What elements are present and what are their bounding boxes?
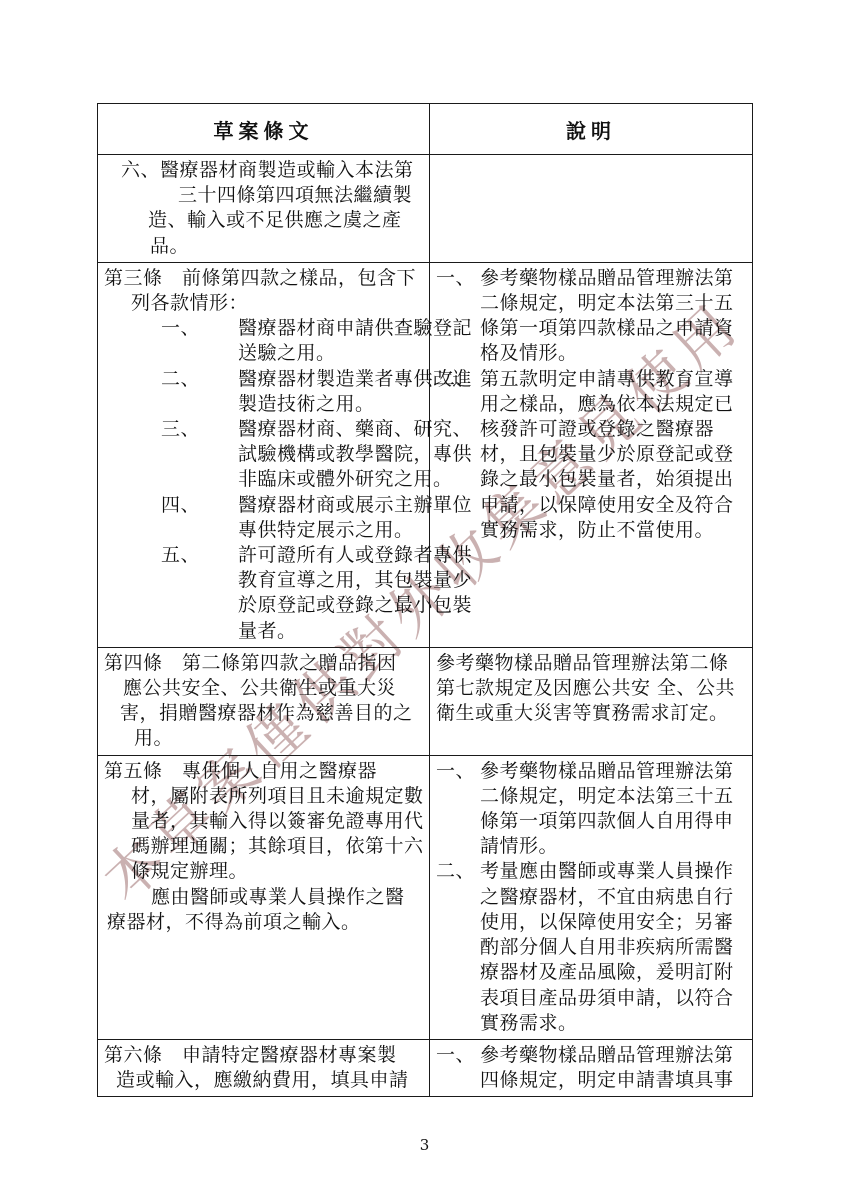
- text-line: 應由醫師或專業人員操作之醫: [104, 885, 426, 910]
- text-line: 二、醫療器材製造業者專供改進: [104, 367, 426, 392]
- text-line: 第七款規定及因應公共安 全、公共: [436, 676, 749, 701]
- text-line: 格及情形。: [436, 341, 749, 366]
- draft-cell: 第五條 專供個人自用之醫療器材，屬附表所列項目且未逾規定數量者，其輸入得以簽審免…: [98, 756, 430, 1039]
- list-item-marker: 二、: [436, 367, 480, 392]
- text-line: 二、第五款明定申請專供教育宣導: [436, 367, 749, 392]
- text-line: 表項目產品毋須申請，以符合: [436, 986, 749, 1011]
- text-line: 送驗之用。: [104, 341, 426, 366]
- explanation-cell: 一、參考藥物樣品贈品管理辦法第四條規定，明定申請書填具事: [430, 1040, 752, 1096]
- list-item-marker: 一、: [436, 1043, 480, 1068]
- text-line: 實務需求，防止不當使用。: [436, 518, 749, 543]
- text-line: 使用，以保障使用安全；另審: [436, 910, 749, 935]
- text-line: 製造技術之用。: [104, 392, 426, 417]
- text-line: 之醫療器材，不宜由病患自行: [436, 885, 749, 910]
- text-line: 第六條 申請特定醫療器材專案製: [104, 1043, 426, 1068]
- explanation-column-header: 說明: [430, 104, 752, 154]
- text-line: 碼辦理通關；其餘項目，依第十六: [104, 834, 426, 859]
- table-body: 六、醫療器材商製造或輸入本法第三十四條第四項無法繼續製造、輸入或不足供應之虞之產…: [98, 155, 752, 1096]
- text-line: 用之樣品，應為依本法規定已: [436, 392, 749, 417]
- list-item-marker: 二、: [161, 367, 238, 392]
- table-row: 第三條 前條第四款之樣品，包含下列各款情形：一、醫療器材商申請供查驗登記送驗之用…: [98, 263, 752, 648]
- text-line: 專供特定展示之用。: [104, 518, 426, 543]
- text-line: 酌部分個人自用非疾病所需醫: [436, 935, 749, 960]
- table-row: 六、醫療器材商製造或輸入本法第三十四條第四項無法繼續製造、輸入或不足供應之虞之產…: [98, 155, 752, 263]
- text-line: 三十四條第四項無法繼續製: [104, 183, 426, 208]
- text-line: 試驗機構或教學醫院，專供: [104, 442, 426, 467]
- draft-cell: 第六條 申請特定醫療器材專案製造或輸入，應繳納費用，填具申請: [98, 1040, 430, 1096]
- text-line: 用。: [104, 726, 426, 751]
- text-line: 三、醫療器材商、藥商、研究、: [104, 417, 426, 442]
- text-line: 列各款情形：: [104, 291, 426, 316]
- table-row: 第四條 第二條第四款之贈品指因應公共安全、公共衛生或重大災害，捐贈醫療器材作為慈…: [98, 648, 752, 756]
- text-line: 條規定辦理。: [104, 859, 426, 884]
- table-row: 第六條 申請特定醫療器材專案製造或輸入，應繳納費用，填具申請一、參考藥物樣品贈品…: [98, 1040, 752, 1096]
- explanation-cell: 參考藥物樣品贈品管理辦法第二條第七款規定及因應公共安 全、公共衛生或重大災害等實…: [430, 648, 752, 755]
- draft-cell: 六、醫療器材商製造或輸入本法第三十四條第四項無法繼續製造、輸入或不足供應之虞之產…: [98, 155, 430, 262]
- text-line: 於原登記或登錄之最小包裝: [104, 593, 426, 618]
- text-line: 療器材及產品風險，爰明訂附: [436, 960, 749, 985]
- text-line: 核發許可證或登錄之醫療器: [436, 417, 749, 442]
- table-row: 第五條 專供個人自用之醫療器材，屬附表所列項目且未逾規定數量者，其輸入得以簽審免…: [98, 756, 752, 1040]
- text-line: 量者，其輸入得以簽審免證專用代: [104, 809, 426, 834]
- text-line: 教育宣導之用，其包裝量少: [104, 568, 426, 593]
- list-item-marker: 五、: [161, 543, 238, 568]
- text-line: 四、醫療器材商或展示主辦單位: [104, 493, 426, 518]
- text-line: 二、考量應由醫師或專業人員操作: [436, 859, 749, 884]
- text-line: 二條規定，明定本法第三十五: [436, 291, 749, 316]
- list-item-marker: 一、: [161, 316, 238, 341]
- list-item-marker: 二、: [436, 859, 480, 884]
- text-line: 害，捐贈醫療器材作為慈善目的之: [104, 701, 426, 726]
- text-line: 衛生或重大災害等實務需求訂定。: [436, 701, 749, 726]
- text-line: 第三條 前條第四款之樣品，包含下: [104, 266, 426, 291]
- text-line: 第五條 專供個人自用之醫療器: [104, 759, 426, 784]
- explanation-cell: [430, 155, 752, 262]
- text-line: 非臨床或體外研究之用。: [104, 467, 426, 492]
- text-line: 量者。: [104, 619, 426, 644]
- explanation-cell: 一、參考藥物樣品贈品管理辦法第二條規定，明定本法第三十五條第一項第四款個人自用得…: [430, 756, 752, 1039]
- text-line: 條第一項第四款樣品之申請資: [436, 316, 749, 341]
- text-line: 六、醫療器材商製造或輸入本法第: [104, 158, 426, 183]
- text-line: 第四條 第二條第四款之贈品指因: [104, 651, 426, 676]
- list-item-marker: 一、: [436, 759, 480, 784]
- draft-cell: 第四條 第二條第四款之贈品指因應公共安全、公共衛生或重大災害，捐贈醫療器材作為慈…: [98, 648, 430, 755]
- text-line: 一、醫療器材商申請供查驗登記: [104, 316, 426, 341]
- document-page: { "watermark": { "text": "本草案僅供對外收集意見使用"…: [0, 0, 849, 1200]
- draft-comparison-table: 草案條文 說明 六、醫療器材商製造或輸入本法第三十四條第四項無法繼續製造、輸入或…: [97, 103, 753, 1097]
- text-line: 材，屬附表所列項目且未逾規定數: [104, 784, 426, 809]
- list-item-marker: 三、: [161, 417, 238, 442]
- page-number: 3: [0, 1136, 849, 1154]
- text-line: 二條規定，明定本法第三十五: [436, 784, 749, 809]
- text-line: 造或輸入，應繳納費用，填具申請: [104, 1068, 426, 1093]
- text-line: 造、輸入或不足供應之虞之產: [104, 208, 426, 233]
- table-header-row: 草案條文 說明: [98, 104, 752, 155]
- text-line: 五、許可證所有人或登錄者專供: [104, 543, 426, 568]
- draft-column-header: 草案條文: [98, 104, 430, 154]
- text-line: 參考藥物樣品贈品管理辦法第二條: [436, 651, 749, 676]
- text-line: 品。: [104, 234, 426, 259]
- draft-cell: 第三條 前條第四款之樣品，包含下列各款情形：一、醫療器材商申請供查驗登記送驗之用…: [98, 263, 430, 647]
- text-line: 申請，以保障使用安全及符合: [436, 493, 749, 518]
- text-line: 條第一項第四款個人自用得申: [436, 809, 749, 834]
- text-line: 應公共安全、公共衛生或重大災: [104, 676, 426, 701]
- text-line: 療器材，不得為前項之輸入。: [104, 910, 426, 935]
- list-item-marker: 四、: [161, 493, 238, 518]
- text-line: 一、參考藥物樣品贈品管理辦法第: [436, 759, 749, 784]
- list-item-marker: 一、: [436, 266, 480, 291]
- text-line: 錄之最小包裝量者，始須提出: [436, 467, 749, 492]
- text-line: 一、參考藥物樣品贈品管理辦法第: [436, 266, 749, 291]
- text-line: 一、參考藥物樣品贈品管理辦法第: [436, 1043, 749, 1068]
- text-line: 請情形。: [436, 834, 749, 859]
- explanation-cell: 一、參考藥物樣品贈品管理辦法第二條規定，明定本法第三十五條第一項第四款樣品之申請…: [430, 263, 752, 647]
- text-line: 實務需求。: [436, 1011, 749, 1036]
- text-line: 材，且包裝量少於原登記或登: [436, 442, 749, 467]
- text-line: 四條規定，明定申請書填具事: [436, 1068, 749, 1093]
